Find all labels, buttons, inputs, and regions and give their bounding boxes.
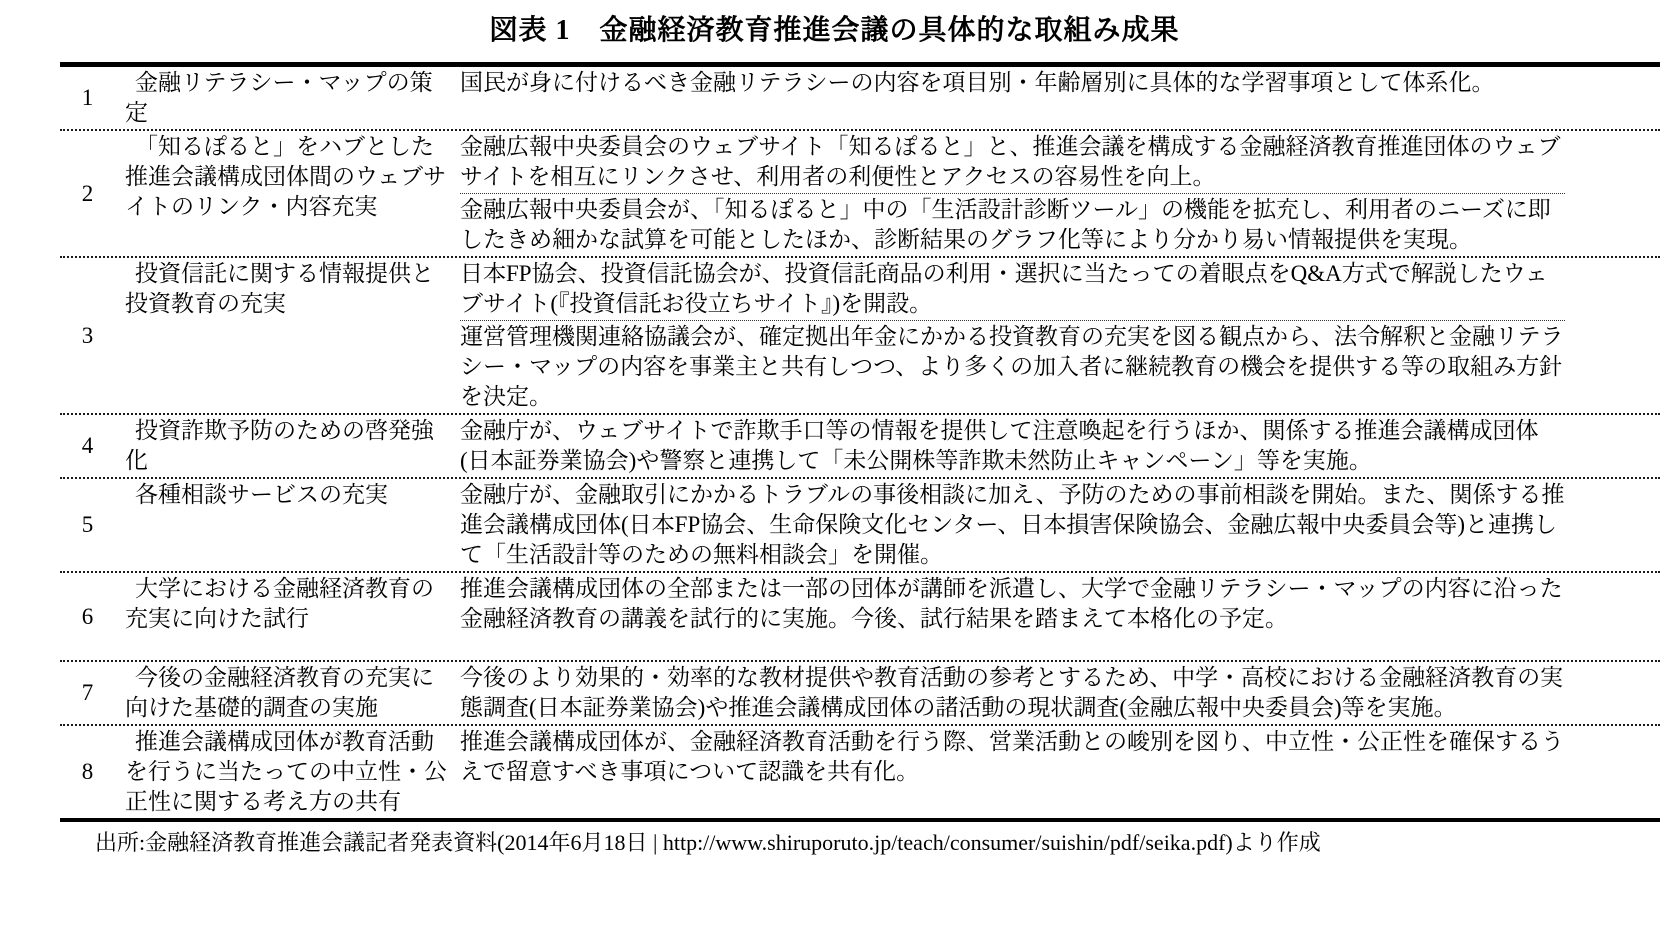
source-note: 出所:金融経済教育推進会議記者発表資料(2014年6月18日 | http://… — [95, 829, 1669, 857]
row-item: 大学における金融経済教育の充実に向けた試行 — [115, 573, 452, 660]
row-number: 3 — [60, 258, 115, 413]
row-detail: 金融広報中央委員会のウェブサイト「知るぽると」と、推進会議を構成する金融経済教育… — [460, 131, 1565, 193]
row-detail: 推進会議構成団体の全部または一部の団体が講師を派遣し、大学で金融リテラシー・マッ… — [460, 573, 1565, 660]
row-item: 各種相談サービスの充実 — [115, 479, 452, 571]
table-row: 2 「知るぽると」をハブとした推進会議構成団体間のウェブサイトのリンク・内容充実… — [60, 129, 1660, 256]
table-row: 5 各種相談サービスの充実 金融庁が、金融取引にかかるトラブルの事後相談に加え、… — [60, 477, 1660, 571]
row-detail: 日本FP協会、投資信託協会が、投資信託商品の利用・選択に当たっての着眼点をQ&A… — [460, 258, 1565, 320]
row-number: 4 — [60, 415, 115, 477]
row-detail: 運営管理機関連絡協議会が、確定拠出年金にかかる投資教育の充実を図る観点から、法令… — [460, 320, 1565, 413]
row-item: 推進会議構成団体が教育活動を行うに当たっての中立性・公正性に関する考え方の共有 — [115, 726, 452, 818]
row-detail: 推進会議構成団体が、金融経済教育活動を行う際、営業活動との峻別を図り、中立性・公… — [460, 726, 1565, 788]
table-row: 3 投資信託に関する情報提供と投資教育の充実 日本FP協会、投資信託協会が、投資… — [60, 256, 1660, 413]
row-detail: 金融庁が、ウェブサイトで詐欺手口等の情報を提供して注意喚起を行うほか、関係する推… — [460, 415, 1565, 477]
achievements-table: 1 金融リテラシー・マップの策定 国民が身に付けるべき金融リテラシーの内容を項目… — [60, 62, 1660, 822]
row-item: 投資詐欺予防のための啓発強化 — [115, 415, 452, 477]
row-number: 5 — [60, 479, 115, 571]
table-row: 1 金融リテラシー・マップの策定 国民が身に付けるべき金融リテラシーの内容を項目… — [60, 67, 1660, 129]
row-details: 金融庁が、ウェブサイトで詐欺手口等の情報を提供して注意喚起を行うほか、関係する推… — [452, 415, 1660, 477]
row-item: 「知るぽると」をハブとした推進会議構成団体間のウェブサイトのリンク・内容充実 — [115, 131, 452, 256]
row-number: 7 — [60, 662, 115, 724]
row-number: 8 — [60, 726, 115, 818]
table-row: 7 今後の金融経済教育の充実に向けた基礎的調査の実施 今後のより効果的・効率的な… — [60, 660, 1660, 724]
row-item: 金融リテラシー・マップの策定 — [115, 67, 452, 129]
row-detail: 今後のより効果的・効率的な教材提供や教育活動の参考とするため、中学・高校における… — [460, 662, 1565, 724]
row-number: 6 — [60, 573, 115, 660]
row-details: 今後のより効果的・効率的な教材提供や教育活動の参考とするため、中学・高校における… — [452, 662, 1660, 724]
row-item: 今後の金融経済教育の充実に向けた基礎的調査の実施 — [115, 662, 452, 724]
row-item: 投資信託に関する情報提供と投資教育の充実 — [115, 258, 452, 413]
row-detail: 金融庁が、金融取引にかかるトラブルの事後相談に加え、予防のための事前相談を開始。… — [460, 479, 1565, 571]
page-title: 図表 1 金融経済教育推進会議の具体的な取組み成果 — [0, 8, 1669, 48]
table-row: 4 投資詐欺予防のための啓発強化 金融庁が、ウェブサイトで詐欺手口等の情報を提供… — [60, 413, 1660, 477]
row-detail: 国民が身に付けるべき金融リテラシーの内容を項目別・年齢層別に具体的な学習事項とし… — [460, 67, 1565, 99]
row-detail: 金融広報中央委員会が、「知るぽると」中の「生活設計診断ツール」の機能を拡充し、利… — [460, 193, 1565, 256]
row-details: 推進会議構成団体の全部または一部の団体が講師を派遣し、大学で金融リテラシー・マッ… — [452, 573, 1660, 660]
row-details: 推進会議構成団体が、金融経済教育活動を行う際、営業活動との峻別を図り、中立性・公… — [452, 726, 1660, 818]
table-row: 8 推進会議構成団体が教育活動を行うに当たっての中立性・公正性に関する考え方の共… — [60, 724, 1660, 818]
row-number: 1 — [60, 67, 115, 129]
row-number: 2 — [60, 131, 115, 256]
row-details: 金融広報中央委員会のウェブサイト「知るぽると」と、推進会議を構成する金融経済教育… — [452, 131, 1660, 256]
row-details: 金融庁が、金融取引にかかるトラブルの事後相談に加え、予防のための事前相談を開始。… — [452, 479, 1660, 571]
row-details: 日本FP協会、投資信託協会が、投資信託商品の利用・選択に当たっての着眼点をQ&A… — [452, 258, 1660, 413]
table-row: 6 大学における金融経済教育の充実に向けた試行 推進会議構成団体の全部または一部… — [60, 571, 1660, 660]
row-details: 国民が身に付けるべき金融リテラシーの内容を項目別・年齢層別に具体的な学習事項とし… — [452, 67, 1660, 129]
document-page: 図表 1 金融経済教育推進会議の具体的な取組み成果 1 金融リテラシー・マップの… — [0, 0, 1669, 857]
